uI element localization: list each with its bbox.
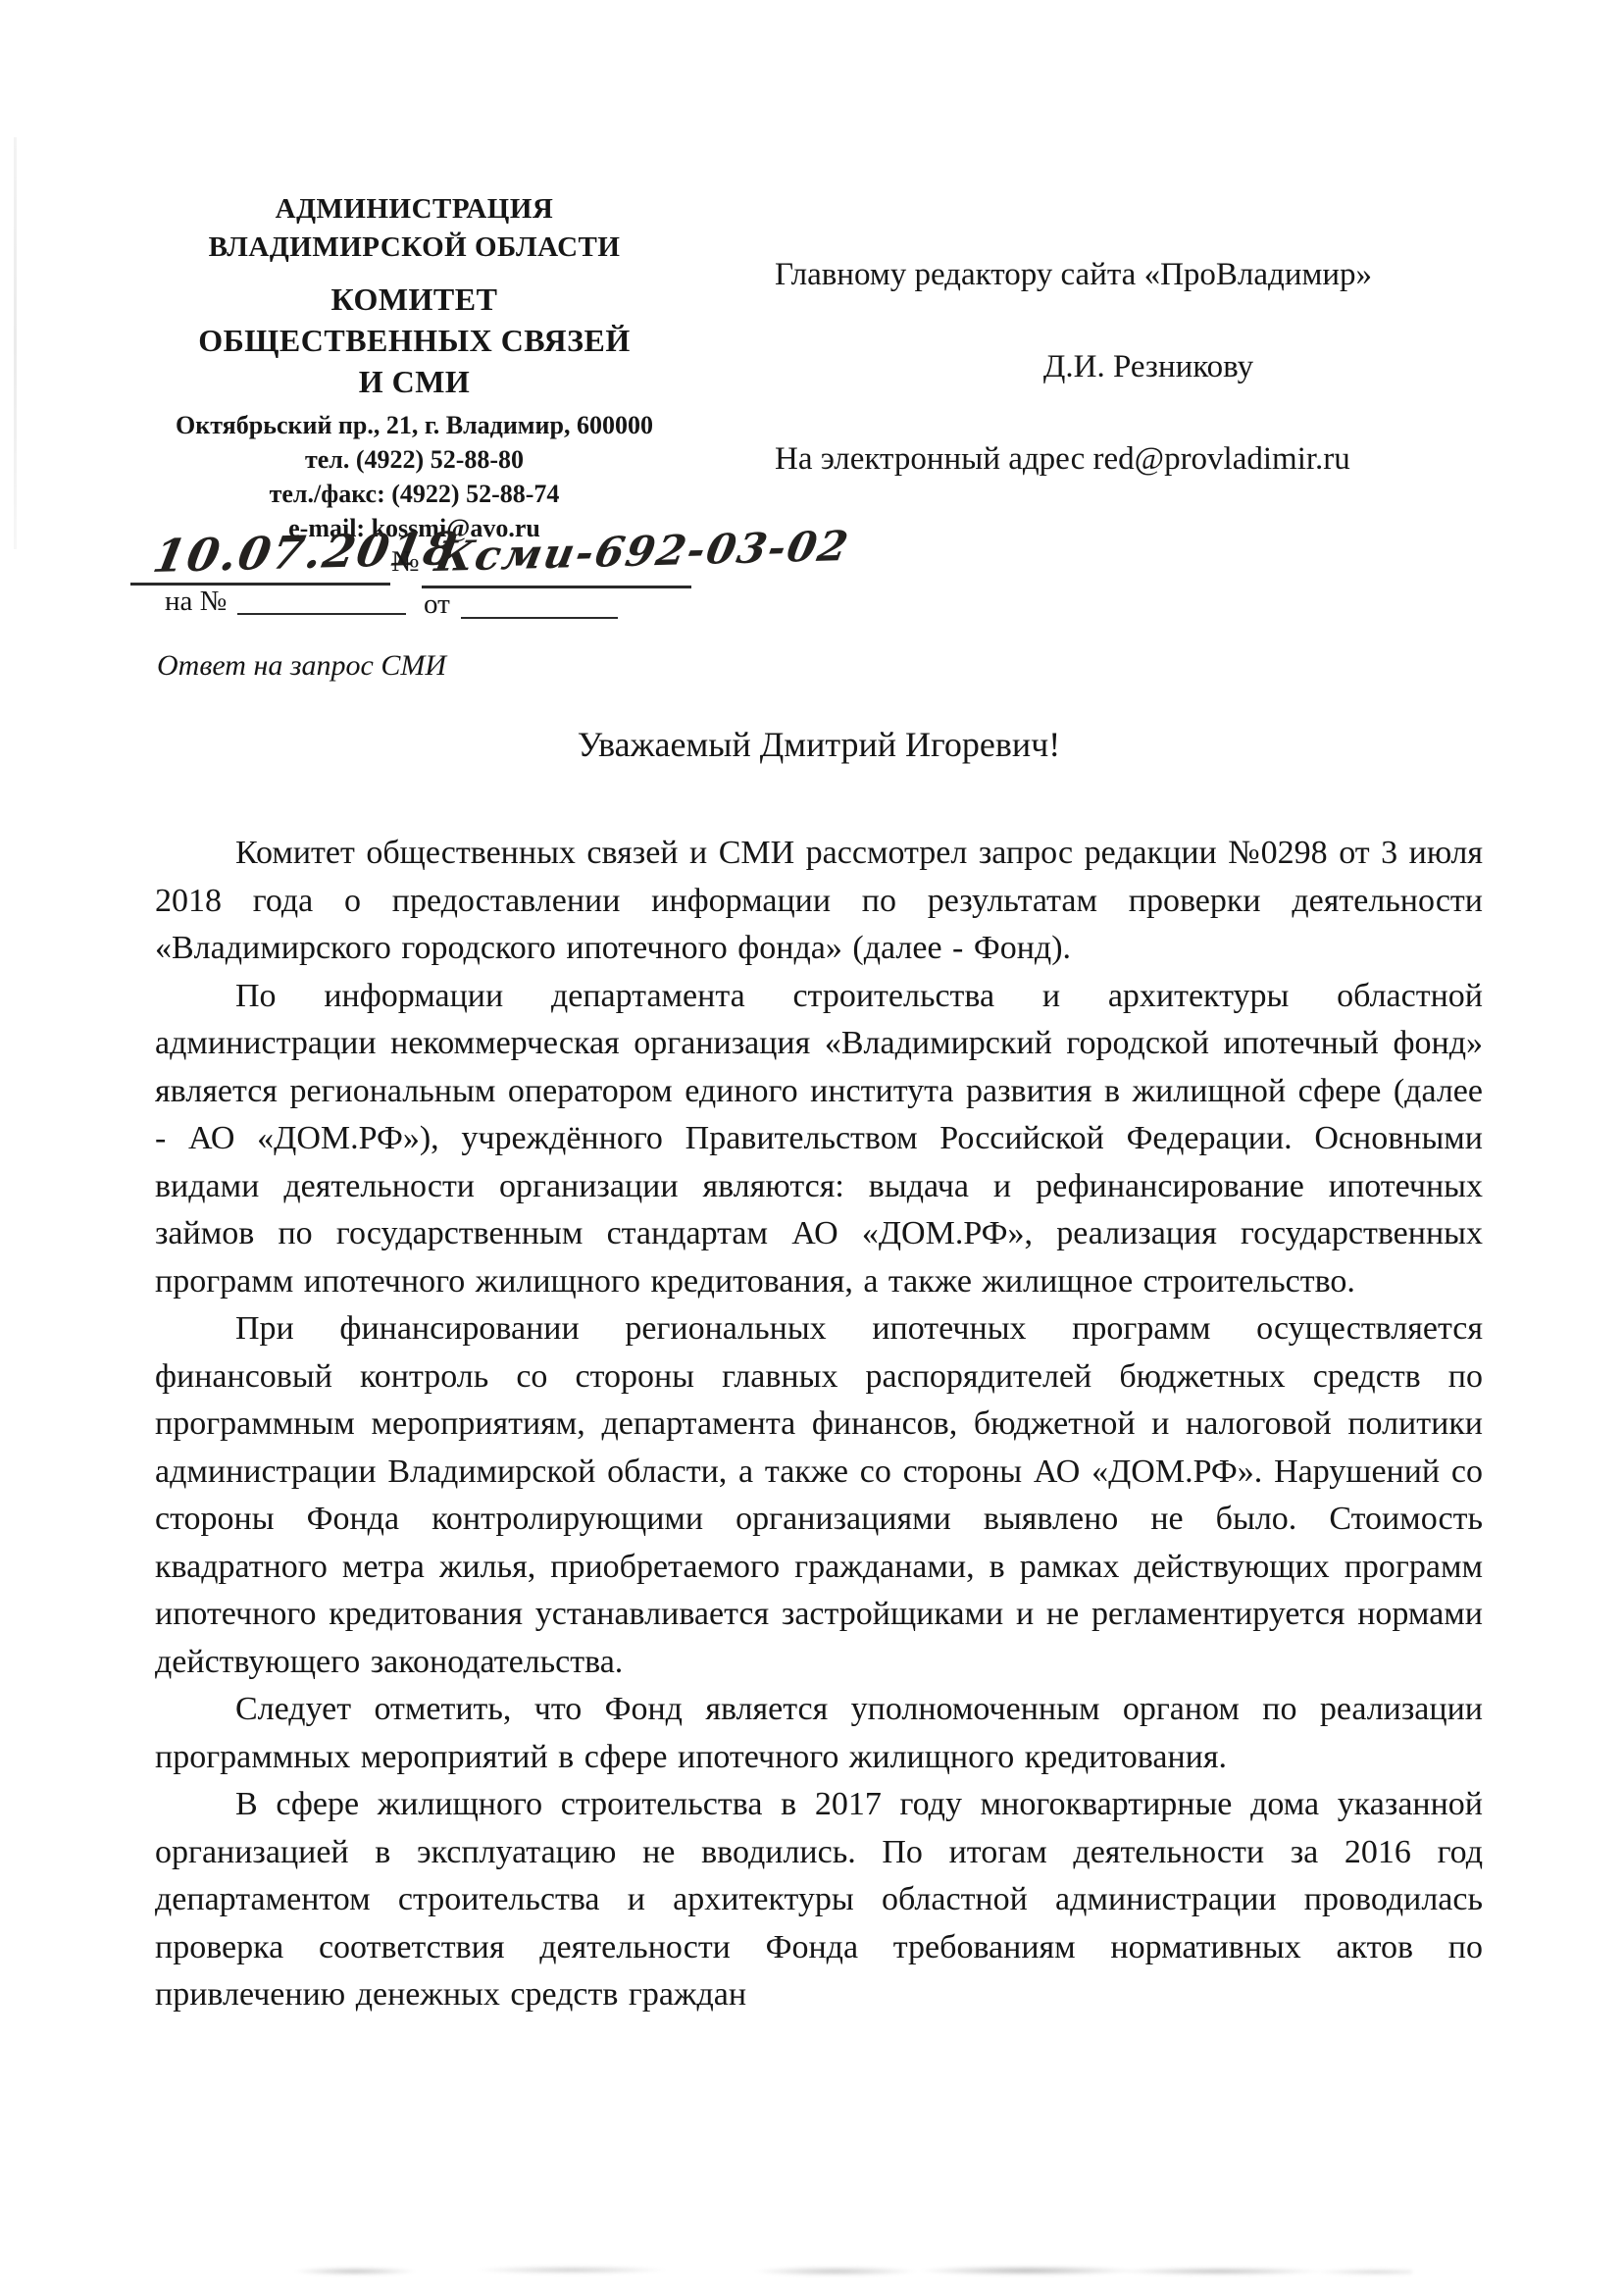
body-paragraph: При финансировании региональных ипотечны…	[155, 1305, 1483, 1686]
committee-line1: КОМИТЕТ	[132, 279, 696, 320]
committee-line2: ОБЩЕСТВЕННЫХ СВЯЗЕЙ	[132, 320, 696, 361]
recipient-email-note: На электронный адрес red@provladimir.ru	[775, 441, 1522, 478]
recipient-block: Главному редактору сайта «ПроВладимир» Д…	[775, 257, 1522, 478]
scan-smudge-artifact	[211, 2264, 1412, 2276]
letter-page: АДМИНИСТРАЦИЯ ВЛАДИМИРСКОЙ ОБЛАСТИ КОМИТ…	[0, 0, 1624, 2295]
subject-line: Ответ на запрос СМИ	[157, 649, 446, 683]
body-paragraph: Комитет общественных связей и СМИ рассмо…	[155, 830, 1483, 973]
body-paragraph: Следует отметить, что Фонд является упол…	[155, 1686, 1483, 1781]
ref-number-underline	[422, 586, 691, 588]
org-name-line2: ВЛАДИМИРСКОЙ ОБЛАСТИ	[132, 229, 696, 267]
letterhead-address: Октябрьский пр., 21, г. Владимир, 600000	[132, 408, 696, 442]
scan-edge-artifact	[14, 137, 17, 549]
reply-from-blank	[461, 617, 618, 619]
body-paragraph: По информации департамента строительства…	[155, 973, 1483, 1306]
letterhead-phone: тел. (4922) 52-88-80	[132, 442, 696, 477]
letter-body: Комитет общественных связей и СМИ рассмо…	[155, 830, 1483, 2019]
recipient-name: Д.И. Резникову	[775, 349, 1522, 385]
reply-to-number-label: на №	[165, 586, 227, 618]
letterhead-fax: тел./факс: (4922) 52-88-74	[132, 477, 696, 511]
recipient-role: Главному редактору сайта «ПроВладимир»	[775, 257, 1522, 293]
reply-from-label: от	[424, 588, 450, 621]
body-paragraph: В сфере жилищного строительства в 2017 г…	[155, 1781, 1483, 2019]
salutation: Уважаемый Дмитрий Игоревич!	[155, 724, 1483, 765]
reply-to-number-blank	[237, 613, 406, 615]
org-name-line1: АДМИНИСТРАЦИЯ	[132, 190, 696, 229]
committee-line3: И СМИ	[132, 361, 696, 402]
letterhead: АДМИНИСТРАЦИЯ ВЛАДИМИРСКОЙ ОБЛАСТИ КОМИТ…	[132, 190, 696, 545]
handwritten-ref-number: Ксми-692-03-02	[431, 522, 853, 581]
number-sign: №	[391, 545, 420, 579]
